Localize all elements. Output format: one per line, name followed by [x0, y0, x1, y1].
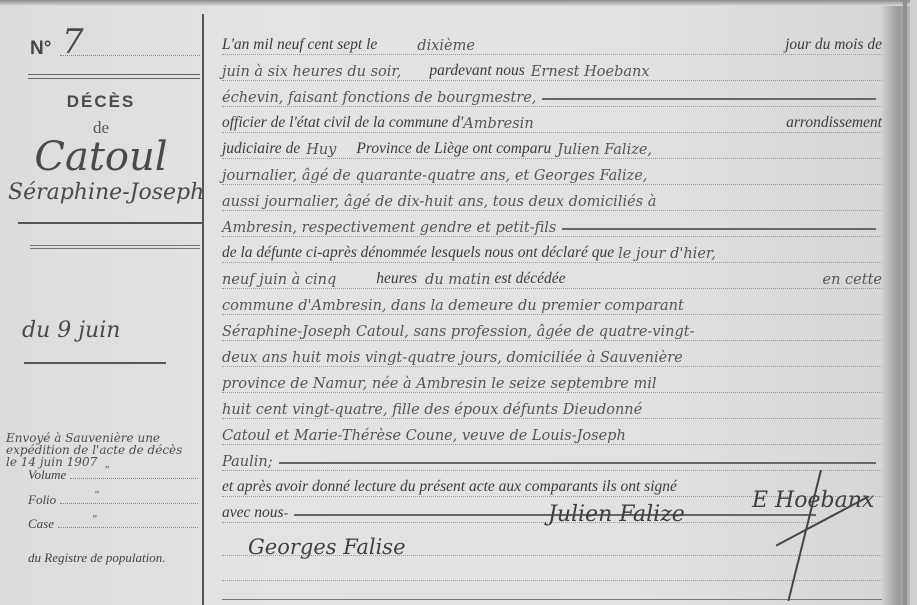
record-number-dotted-line [60, 55, 200, 56]
body-line-16: Catoul et Marie-Thérèse Coune, veuve de … [222, 420, 882, 445]
handwritten-text: Paulin; [222, 454, 273, 470]
binding-edge [903, 0, 907, 605]
handwritten-text: province de Namur, née à Ambresin le sei… [222, 376, 656, 392]
printed-text: jour du mois de [785, 36, 882, 54]
body-line-7: aussi journalier, âgé de dix-huit ans, t… [222, 186, 882, 211]
signature-dotted-line [222, 580, 882, 581]
body-line-9: de la défunte ci-après dénommée lesquels… [222, 238, 882, 263]
deceased-surname: Catoul [0, 134, 202, 180]
record-number-label: N° [30, 38, 51, 60]
body-line-19: avec nous - [222, 498, 822, 523]
body-line-14: province de Namur, née à Ambresin le sei… [222, 368, 882, 393]
date-rule [24, 362, 166, 364]
record-number-value: 7 [62, 22, 84, 62]
body-line-11: commune d'Ambresin, dans la demeure du p… [222, 290, 882, 315]
printed-text: heures [376, 270, 417, 288]
printed-text: arrondissement [786, 114, 882, 132]
body-line-5: judiciaire de Huy Province de Liège ont … [222, 134, 882, 159]
handwritten-text: en cette [823, 272, 882, 288]
scan-top-edge [0, 0, 917, 6]
printed-text: et après avoir donné lecture du présent … [222, 478, 677, 496]
handwritten-text: Catoul et Marie-Thérèse Coune, veuve de … [222, 428, 626, 444]
document-page: N° 7 DÉCÈS de Catoul Séraphine-Joseph du… [0, 0, 917, 605]
handwritten-text: journalier, âgé de quarante-quatre ans, … [222, 168, 647, 184]
body-line-12: Séraphine-Joseph Catoul, sans profession… [222, 316, 882, 341]
handwritten-officer-role: échevin, faisant fonctions de bourgmestr… [222, 90, 536, 106]
name-rule [18, 222, 202, 224]
folio-value: " [94, 489, 99, 501]
printed-text: L'an mil neuf cent sept le [222, 36, 377, 54]
handwritten-text: - [284, 506, 289, 522]
record-number-rule [28, 74, 200, 79]
case-label: Case [28, 516, 54, 532]
handwritten-district: Huy [306, 142, 336, 158]
register-volume-row: Volume " [28, 467, 198, 483]
handwritten-text: aussi journalier, âgé de dix-huit ans, t… [222, 194, 656, 210]
body-line-2: juin à six heures du soir, pardevant nou… [222, 56, 882, 81]
handwritten-text: du matin [425, 272, 490, 288]
body-line-13: deux ans huit mois vingt-quatre jours, d… [222, 342, 882, 367]
case-field: " [58, 517, 198, 528]
folio-field: " [60, 493, 198, 504]
name-double-rule [30, 245, 200, 249]
register-folio-row: Folio " [28, 492, 198, 508]
case-value: " [92, 513, 97, 525]
handwritten-commune: Ambresin [463, 116, 533, 132]
handwritten-text: Ambresin, respectivement gendre et petit… [222, 220, 556, 236]
body-line-4: officier de l'état civil de la commune d… [222, 108, 882, 133]
fill-rule [542, 98, 876, 100]
handwritten-day: dixième [417, 38, 475, 54]
signature-julien-falize: Julien Falize [548, 502, 685, 527]
handwritten-text: neuf juin à cinq [222, 272, 336, 288]
body-line-3: échevin, faisant fonctions de bourgmestr… [222, 82, 882, 107]
handwritten-officer-name: Ernest Hoebanx [531, 64, 650, 80]
printed-text: avec nous [222, 504, 284, 522]
record-date: du 9 juin [22, 318, 120, 343]
register-footer: du Registre de population. [28, 550, 165, 566]
body-line-15: huit cent vingt-quatre, fille des époux … [222, 394, 882, 419]
handwritten-declarant-1: Julien Falize, [557, 142, 652, 158]
printed-text: Province de Liège ont comparu [356, 140, 551, 158]
printed-text: officier de l'état civil de la commune d… [222, 114, 463, 132]
bottom-rule [222, 599, 882, 600]
body-line-1: L'an mil neuf cent sept le dixième jour … [222, 30, 882, 55]
volume-field: " [70, 468, 198, 479]
handwritten-text: Séraphine-Joseph Catoul, sans profession… [222, 324, 694, 340]
handwritten-text: le jour d'hier, [618, 246, 716, 262]
body-line-8: Ambresin, respectivement gendre et petit… [222, 212, 882, 237]
body-line-6: journalier, âgé de quarante-quatre ans, … [222, 160, 882, 185]
folio-label: Folio [28, 492, 56, 508]
printed-text: de la défunte ci-après dénommée lesquels… [222, 244, 614, 262]
body-line-17: Paulin; [222, 446, 882, 471]
deceased-given-names: Séraphine-Joseph [8, 180, 204, 205]
margin-divider [202, 14, 204, 605]
signature-georges-falise: Georges Falise [248, 535, 406, 559]
register-case-row: Case " [28, 516, 198, 532]
volume-label: Volume [28, 467, 66, 483]
handwritten-text: commune d'Ambresin, dans la demeure du p… [222, 298, 684, 314]
printed-text: judiciaire de [222, 140, 300, 158]
fill-rule [279, 462, 876, 464]
printed-text: est décédée [494, 270, 565, 288]
volume-value: " [104, 464, 109, 476]
record-type-heading: DÉCÈS [0, 92, 202, 112]
handwritten-text: huit cent vingt-quatre, fille des époux … [222, 402, 642, 418]
next-page-edge [910, 0, 917, 605]
fill-rule [562, 228, 876, 230]
body-line-10: neuf juin à cinq heures du matin est déc… [222, 264, 882, 289]
handwritten-text: deux ans huit mois vingt-quatre jours, d… [222, 350, 683, 366]
transmission-note: Envoyé à Sauvenière une expédition de l'… [6, 432, 196, 468]
printed-text: pardevant nous [429, 62, 524, 80]
handwritten-month-time: juin à six heures du soir, [222, 64, 401, 80]
